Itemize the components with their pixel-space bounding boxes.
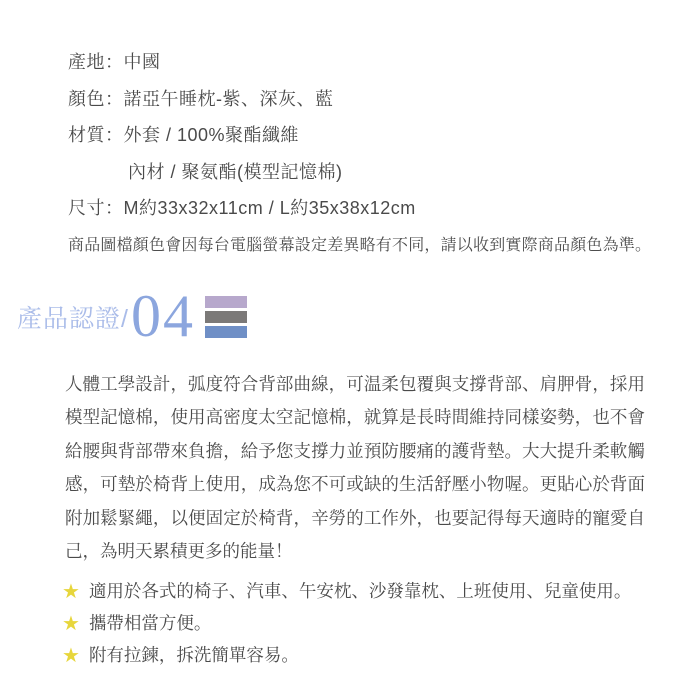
- feature-item: ★附有拉鍊，拆洗簡單容易。: [62, 639, 700, 671]
- star-icon: ★: [62, 640, 80, 672]
- star-icon: ★: [62, 576, 80, 608]
- feature-text: 附有拉鍊，拆洗簡單容易。: [89, 645, 299, 665]
- spec-color: 顏色：諾亞午睡枕-紫、深灰、藍: [68, 81, 700, 118]
- star-icon: ★: [62, 608, 80, 640]
- spec-origin: 產地：中國: [68, 44, 700, 81]
- feature-item: ★攜帶相當方便。: [62, 607, 700, 639]
- feature-text: 適用於各式的椅子、汽車、午安枕、沙發靠枕、上班使用、兒童使用。: [89, 581, 632, 601]
- product-specs: 產地：中國 顏色：諾亞午睡枕-紫、深灰、藍 材質：外套 / 100%聚酯纖維 內…: [0, 0, 700, 227]
- section-header-certification: 產品認證/ 04: [17, 286, 700, 346]
- feature-list: ★適用於各式的椅子、汽車、午安枕、沙發靠枕、上班使用、兒童使用。 ★攜帶相當方便…: [62, 575, 700, 672]
- spec-material-inner: 內材 / 聚氨酯(模型記憶棉): [68, 154, 700, 191]
- spec-material-outer: 材質：外套 / 100%聚酯纖維: [68, 117, 700, 154]
- bar-lavender: [205, 296, 247, 308]
- decorative-bars-icon: [205, 296, 247, 338]
- feature-text: 攜帶相當方便。: [89, 613, 212, 633]
- section-number: 04: [131, 286, 195, 346]
- bar-gray: [205, 311, 247, 323]
- bar-blue: [205, 326, 247, 338]
- product-description-page: 產地：中國 顏色：諾亞午睡枕-紫、深灰、藍 材質：外套 / 100%聚酯纖維 內…: [0, 0, 700, 700]
- spec-size: 尺寸：M約33x32x11cm / L約35x38x12cm: [68, 190, 700, 227]
- section-title: 產品認證/: [17, 283, 129, 349]
- color-disclaimer-note: 商品圖檔顏色會因每台電腦螢幕設定差異略有不同，請以收到實際商品顏色為準。: [68, 235, 700, 256]
- feature-item: ★適用於各式的椅子、汽車、午安枕、沙發靠枕、上班使用、兒童使用。: [62, 575, 700, 607]
- product-description-paragraph: 人體工學設計，弧度符合背部曲線，可温柔包覆與支撐背部、肩胛骨，採用模型記憶棉，使…: [65, 368, 645, 569]
